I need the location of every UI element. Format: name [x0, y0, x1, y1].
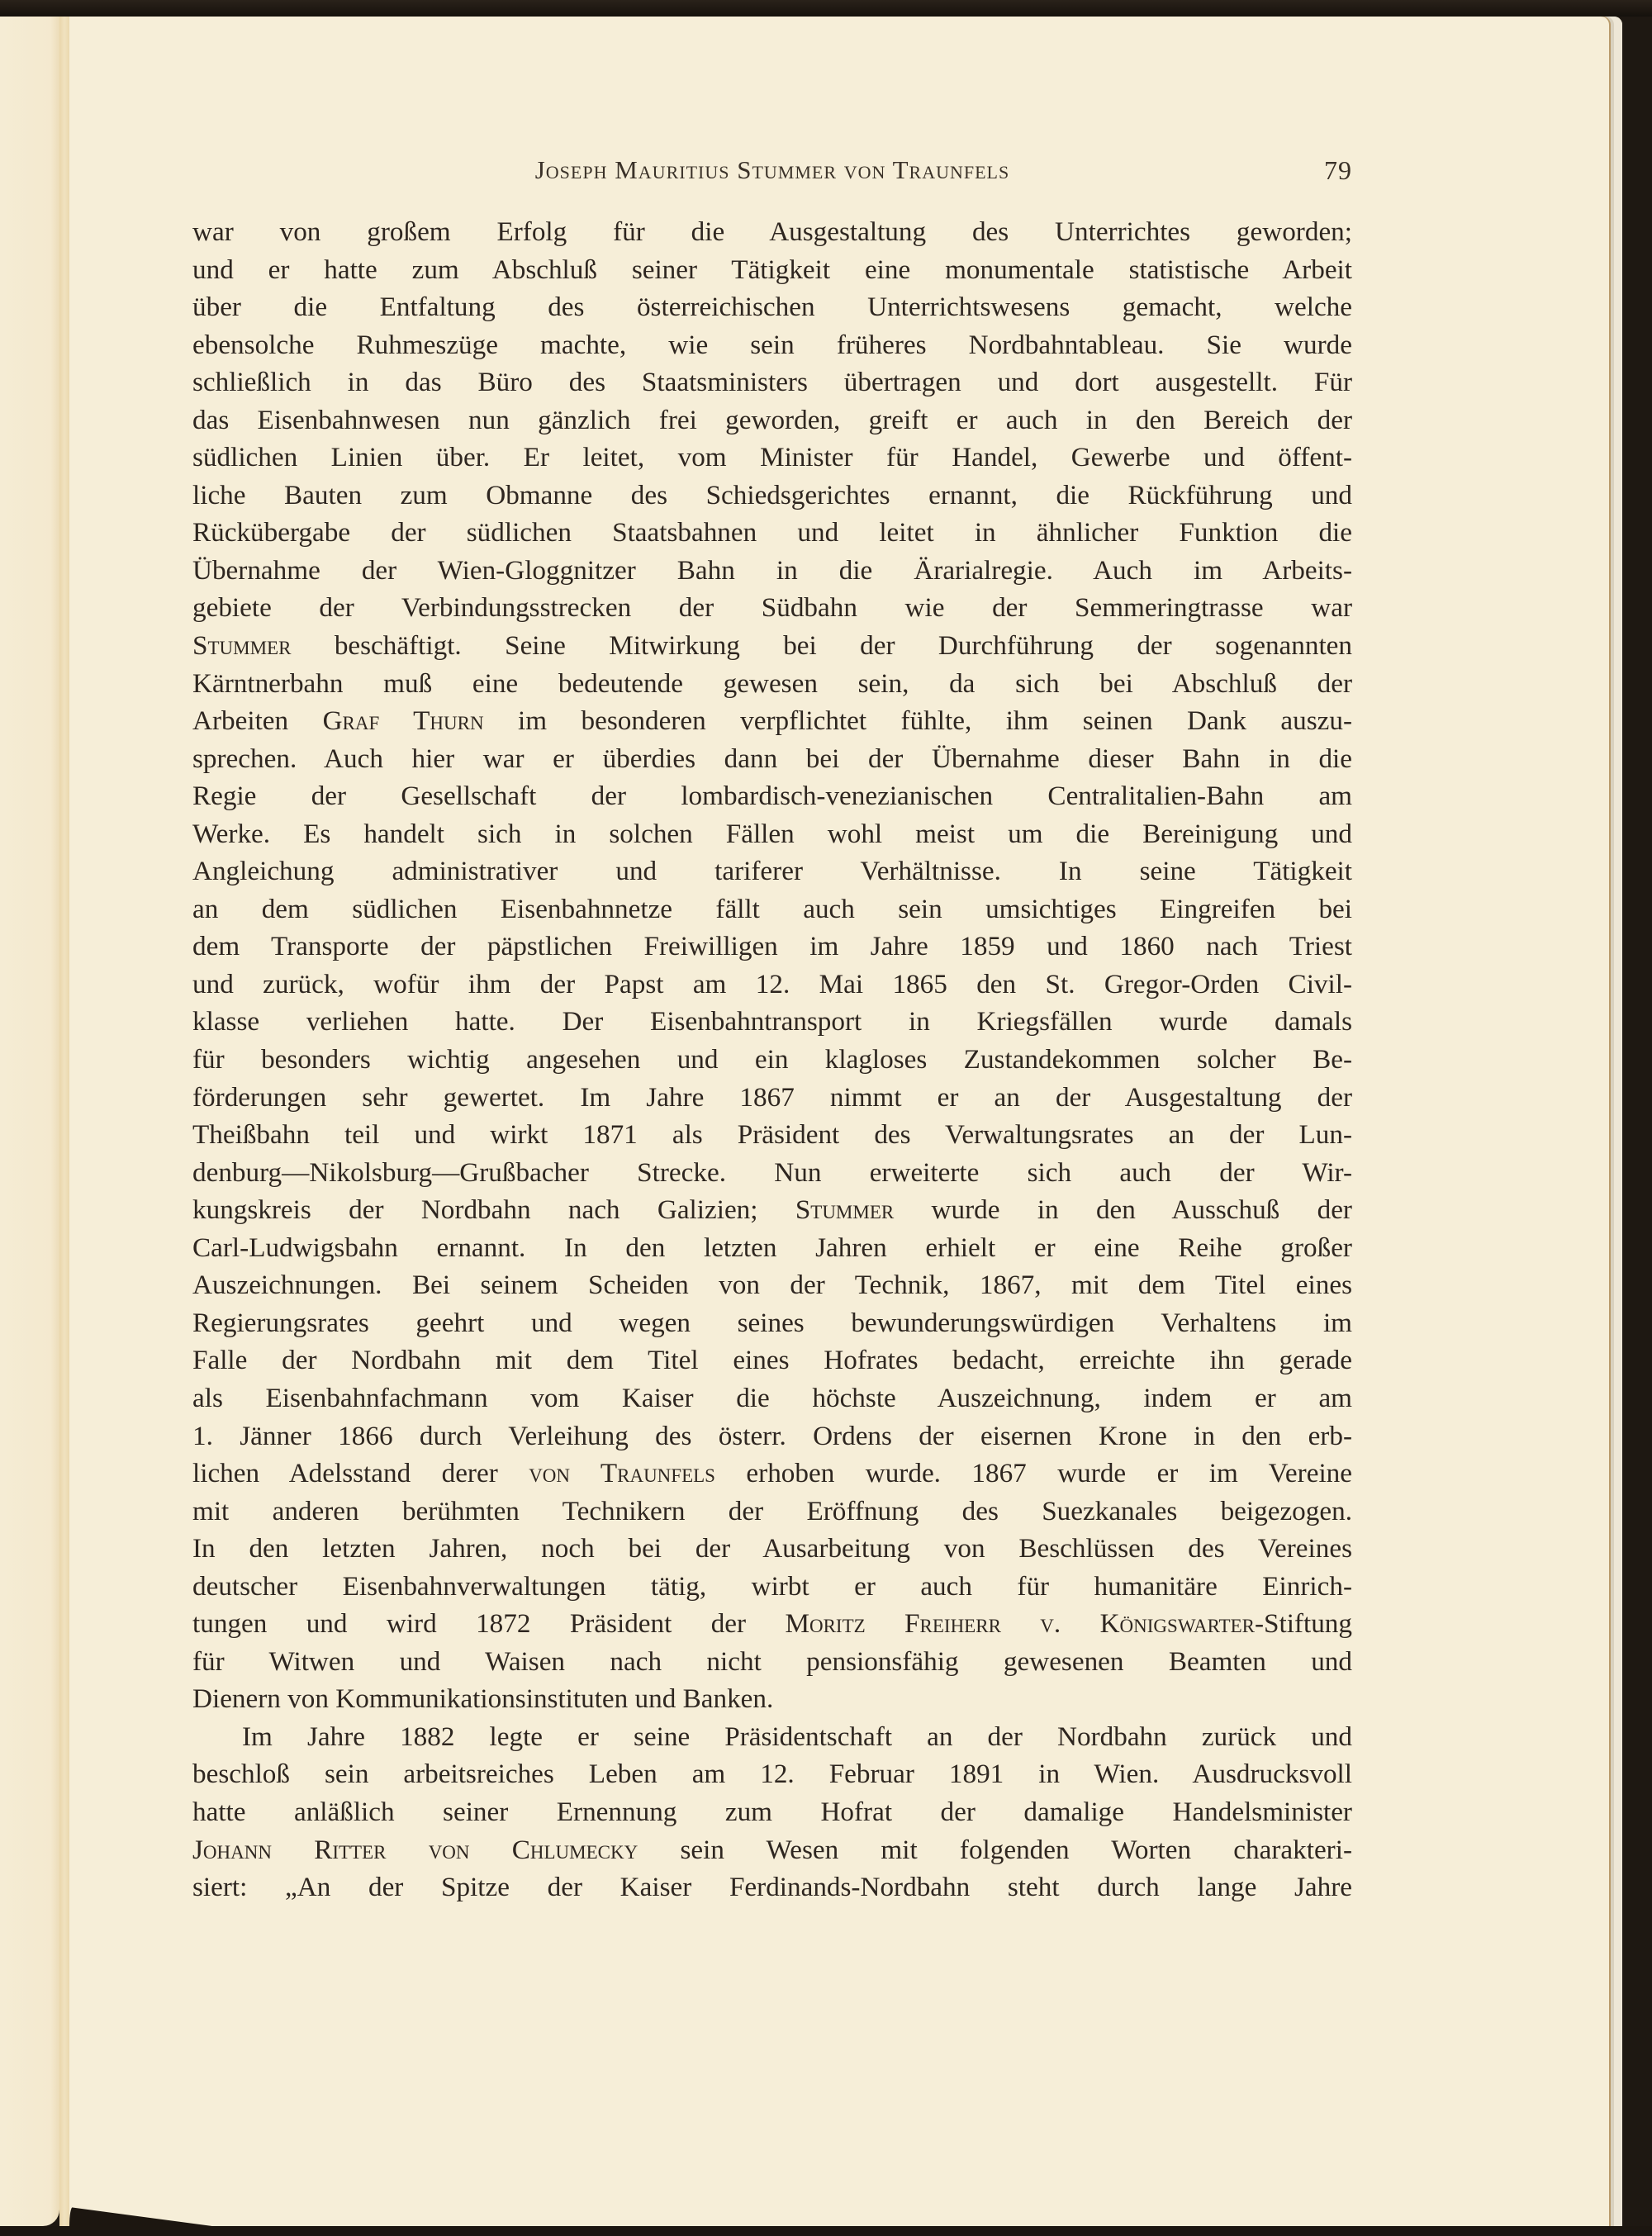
text-line: 1. Jänner 1866 durch Verleihung des öste… — [192, 1417, 1352, 1455]
running-title: Joseph Mauritius Stummer von Traunfels — [192, 155, 1352, 185]
text-line: Rückübergabe der südlichen Staatsbahnen … — [192, 514, 1352, 552]
text-line: Falle der Nordbahn mit dem Titel eines H… — [192, 1341, 1352, 1379]
text-line: lichen Adelsstand derer von Traunfels er… — [192, 1455, 1352, 1493]
small-caps-name: Stummer — [192, 630, 291, 661]
text-line: förderungen sehr gewertet. Im Jahre 1867… — [192, 1079, 1352, 1117]
text-line: gebiete der Verbindungsstrecken der Südb… — [192, 589, 1352, 627]
text-line: an dem südlichen Eisenbahnnetze fällt au… — [192, 890, 1352, 928]
text-line: als Eisenbahnfachmann vom Kaiser die höc… — [192, 1379, 1352, 1417]
text-line: sprechen. Auch hier war er überdies dann… — [192, 740, 1352, 778]
text-line: In den letzten Jahren, noch bei der Ausa… — [192, 1530, 1352, 1568]
facing-page-edge — [0, 17, 59, 2226]
text-line: und zurück, wofür ihm der Papst am 12. M… — [192, 966, 1352, 1004]
small-caps-name: Stummer — [795, 1194, 894, 1225]
text-line: kungskreis der Nordbahn nach Galizien; S… — [192, 1191, 1352, 1229]
text-line: klasse verliehen hatte. Der Eisenbahntra… — [192, 1003, 1352, 1041]
text-line: Übernahme der Wien-Gloggnitzer Bahn in d… — [192, 552, 1352, 590]
text-line: für besonders wichtig angesehen und ein … — [192, 1041, 1352, 1079]
page-number: 79 — [1324, 155, 1352, 186]
text-line: und er hatte zum Abschluß seiner Tätigke… — [192, 251, 1352, 289]
body-text: war von großem Erfolg für die Ausgestalt… — [192, 213, 1352, 1906]
text-line: Regierungsrates geehrt und wegen seines … — [192, 1304, 1352, 1342]
text-line: dem Transporte der päpstlichen Freiwilli… — [192, 928, 1352, 966]
text-line: Auszeichnungen. Bei seinem Scheiden von … — [192, 1266, 1352, 1304]
text-line: über die Entfaltung des österreichischen… — [192, 288, 1352, 326]
text-line: Im Jahre 1882 legte er seine Präsidentsc… — [192, 1718, 1352, 1756]
small-caps-name: Graf Thurn — [323, 705, 484, 736]
text-line: südlichen Linien über. Er leitet, vom Mi… — [192, 439, 1352, 477]
text-line: Regie der Gesellschaft der lombardisch-v… — [192, 777, 1352, 815]
text-line: Angleichung administrativer und tarifere… — [192, 852, 1352, 890]
text-line: beschloß sein arbeitsreiches Leben am 12… — [192, 1755, 1352, 1793]
text-line: Werke. Es handelt sich in solchen Fällen… — [192, 815, 1352, 853]
text-line: Carl-Ludwigsbahn ernannt. In den letzten… — [192, 1229, 1352, 1267]
text-line: liche Bauten zum Obmanne des Schiedsgeri… — [192, 477, 1352, 515]
text-line: Kärntnerbahn muß eine bedeutende gewesen… — [192, 665, 1352, 703]
book-gutter — [59, 17, 69, 2226]
text-line: Theißbahn teil und wirkt 1871 als Präsid… — [192, 1116, 1352, 1154]
small-caps-name: von Traunfels — [529, 1458, 715, 1488]
text-line: hatte anläßlich seiner Ernennung zum Hof… — [192, 1793, 1352, 1831]
small-caps-name: Johann Ritter von Chlumecky — [192, 1835, 638, 1865]
text-line: Dienern von Kommunikationsinstituten und… — [192, 1680, 1352, 1718]
text-line: war von großem Erfolg für die Ausgestalt… — [192, 213, 1352, 251]
running-head: Joseph Mauritius Stummer von Traunfels 7… — [192, 150, 1352, 192]
text-line: Stummer beschäftigt. Seine Mitwirkung be… — [192, 627, 1352, 665]
book-cover-bottom-edge — [0, 2226, 1652, 2236]
text-line: deutscher Eisenbahnverwaltungen tätig, w… — [192, 1568, 1352, 1606]
small-caps-name: Moritz Freiherr v. Königswarter — [785, 1608, 1255, 1639]
text-line: tungen und wird 1872 Präsident der Morit… — [192, 1605, 1352, 1643]
text-line: denburg—Nikolsburg—Grußbacher Strecke. N… — [192, 1154, 1352, 1192]
text-line: ebensolche Ruhmeszüge machte, wie sein f… — [192, 326, 1352, 364]
text-line: siert: „An der Spitze der Kaiser Ferdina… — [192, 1868, 1352, 1906]
text-line: für Witwen und Waisen nach nicht pension… — [192, 1643, 1352, 1681]
text-line: das Eisenbahnwesen nun gänzlich frei gew… — [192, 401, 1352, 439]
book-cover-top-edge — [0, 0, 1652, 17]
text-line: Johann Ritter von Chlumecky sein Wesen m… — [192, 1831, 1352, 1869]
text-line: Arbeiten Graf Thurn im besonderen verpfl… — [192, 702, 1352, 740]
text-line: schließlich in das Büro des Staatsminist… — [192, 363, 1352, 401]
text-line: mit anderen berühmten Technikern der Erö… — [192, 1493, 1352, 1531]
